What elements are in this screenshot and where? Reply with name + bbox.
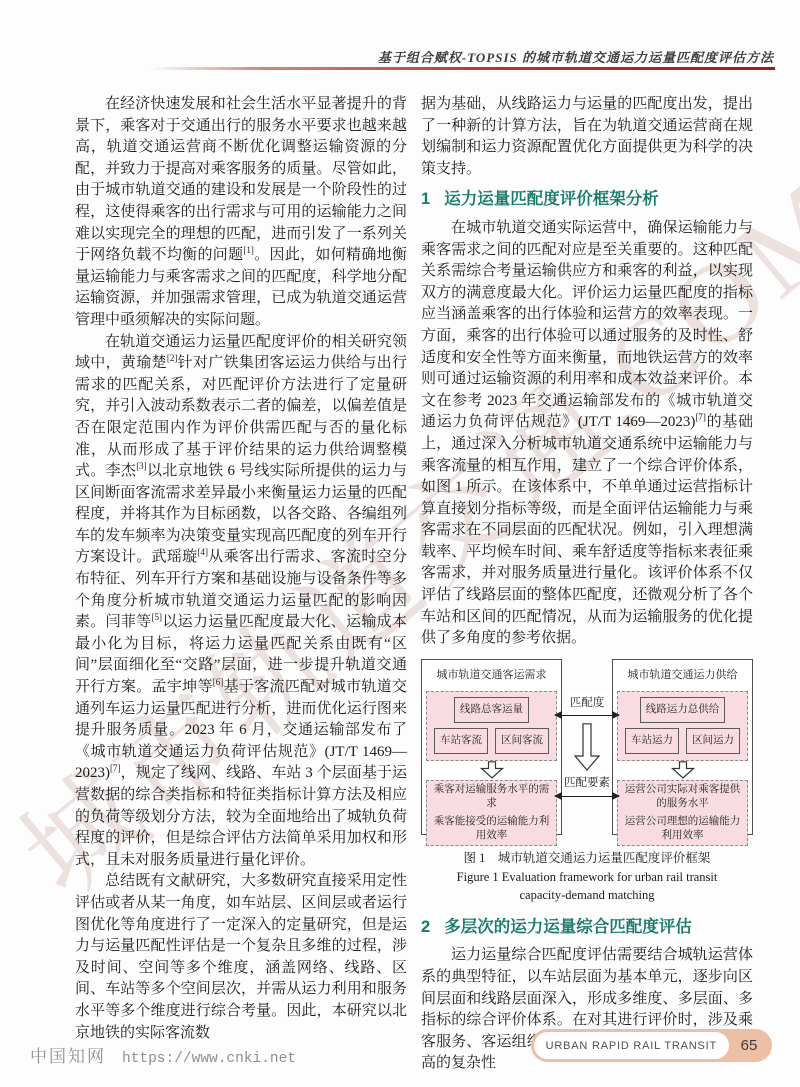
matching-elements-arrow <box>555 796 619 797</box>
body-paragraph: 在轨道交通运力运量匹配度评价的相关研究领域中，黄瑜楚[2]针对广铁集团客运运力供… <box>75 332 407 872</box>
figure-caption-en-line2: capacity-demand matching <box>519 888 654 902</box>
matching-degree-label: 匹配度 <box>568 693 607 715</box>
page-number: 65 <box>729 1037 769 1054</box>
supply-station-box: 车站运力 <box>625 728 679 754</box>
supply-indicator-group: 线路运力总供给 车站运力 区间运力 <box>617 691 748 760</box>
demand-indicator-group: 线路总客运量 车站客流 区间客流 <box>426 691 557 760</box>
right-column: 据为基础，从线路运力与运量的匹配度出发，提出了一种新的计算方法，旨在为轨道交通运… <box>421 94 753 1075</box>
demand-station-box: 车站客流 <box>434 728 488 754</box>
left-column: 在经济快速发展和社会生活水平显著提升的背景下，乘客对于交通出行的服务水平要求也越… <box>75 94 407 1044</box>
matching-elements-label: 匹配要素 <box>562 773 612 795</box>
matching-degree-arrow <box>555 715 619 716</box>
body-paragraph: 总结既有文献研究，大多数研究直接采用定性评估或者从某一角度，如车站层、区间层或者… <box>75 871 407 1044</box>
demand-service-line: 乘客对运输服务水平的需求 <box>430 783 553 811</box>
supply-service-line: 运营公司实际对乘客提供的服务水平 <box>621 783 744 811</box>
section-2-number: 2 <box>421 918 430 936</box>
figure-caption-en-line1: Figure 1 Evaluation framework for urban … <box>457 870 718 884</box>
supply-efficiency-line: 运营公司理想的运输能力利用效率 <box>621 815 744 843</box>
figure-panel-supply: 城市轨道交通运力供给 线路运力总供给 车站运力 区间运力 运营公司实际对乘客提供… <box>612 659 753 835</box>
paper-page: 城市轨道交通.COM 基于组合赋权-TOPSIS 的城市轨道交通运力运量匹配度评… <box>0 0 800 1087</box>
down-arrow-icon <box>574 723 600 779</box>
supply-top-box: 线路运力总供给 <box>640 697 726 723</box>
demand-section-box: 区间客流 <box>495 728 549 754</box>
section-2-heading: 2多层次的运力运量综合匹配度评估 <box>421 917 753 939</box>
supply-service-group: 运营公司实际对乘客提供的服务水平 运营公司理想的运输能力利用效率 <box>617 780 748 847</box>
section-2-title: 多层次的运力运量综合匹配度评估 <box>444 918 692 936</box>
supply-section-box: 区间运力 <box>686 728 740 754</box>
demand-sub-boxes: 车站客流 区间客流 <box>434 728 549 754</box>
down-arrow-icon <box>480 761 504 779</box>
header-rule <box>150 67 775 70</box>
demand-top-box: 线路总客运量 <box>454 697 529 723</box>
figure-panel-demand: 城市轨道交通客运需求 线路总客运量 车站客流 区间客流 乘客对运输服务水平的需求… <box>421 659 562 835</box>
figure-caption-en: Figure 1 Evaluation framework for urban … <box>421 868 753 904</box>
figure-1-diagram: 城市轨道交通客运需求 线路总客运量 车站客流 区间客流 乘客对运输服务水平的需求… <box>421 657 753 840</box>
cnki-footer: 中国知网https://www.cnki.net <box>30 1042 296 1067</box>
supply-panel-title: 城市轨道交通运力供给 <box>628 665 738 687</box>
section-1-number: 1 <box>421 190 430 208</box>
running-title: 基于组合赋权-TOPSIS 的城市轨道交通运力运量匹配度评估方法 <box>254 47 774 66</box>
cnki-url: https://www.cnki.net <box>122 1051 296 1067</box>
cnki-logo-text: 中国知网 <box>30 1047 106 1066</box>
figure-caption-zh: 图 1 城市轨道交通运力运量匹配度评价框架 <box>421 849 753 868</box>
journal-page-banner: URBAN RAPID RAIL TRANSIT 65 <box>531 1029 772 1062</box>
section-1-heading: 1运力运量匹配度评价框架分析 <box>421 189 753 211</box>
demand-efficiency-line: 乘客能接受的运输能力利用效率 <box>430 815 553 843</box>
section-1-title: 运力运量匹配度评价框架分析 <box>444 190 659 208</box>
down-arrow-icon <box>671 761 695 779</box>
body-paragraph: 在城市轨道交通实际运营中，确保运输能力与乘客需求之间的匹配对应是至关重要的。这种… <box>421 218 753 650</box>
body-paragraph: 在经济快速发展和社会生活水平显著提升的背景下，乘客对于交通出行的服务水平要求也越… <box>75 94 407 332</box>
demand-service-group: 乘客对运输服务水平的需求 乘客能接受的运输能力利用效率 <box>426 780 557 847</box>
demand-panel-title: 城市轨道交通客运需求 <box>437 665 547 687</box>
supply-sub-boxes: 车站运力 区间运力 <box>625 728 740 754</box>
journal-name: URBAN RAPID RAIL TRANSIT <box>534 1032 729 1059</box>
body-paragraph-continuation: 据为基础，从线路运力与运量的匹配度出发，提出了一种新的计算方法，旨在为轨道交通运… <box>421 94 753 180</box>
